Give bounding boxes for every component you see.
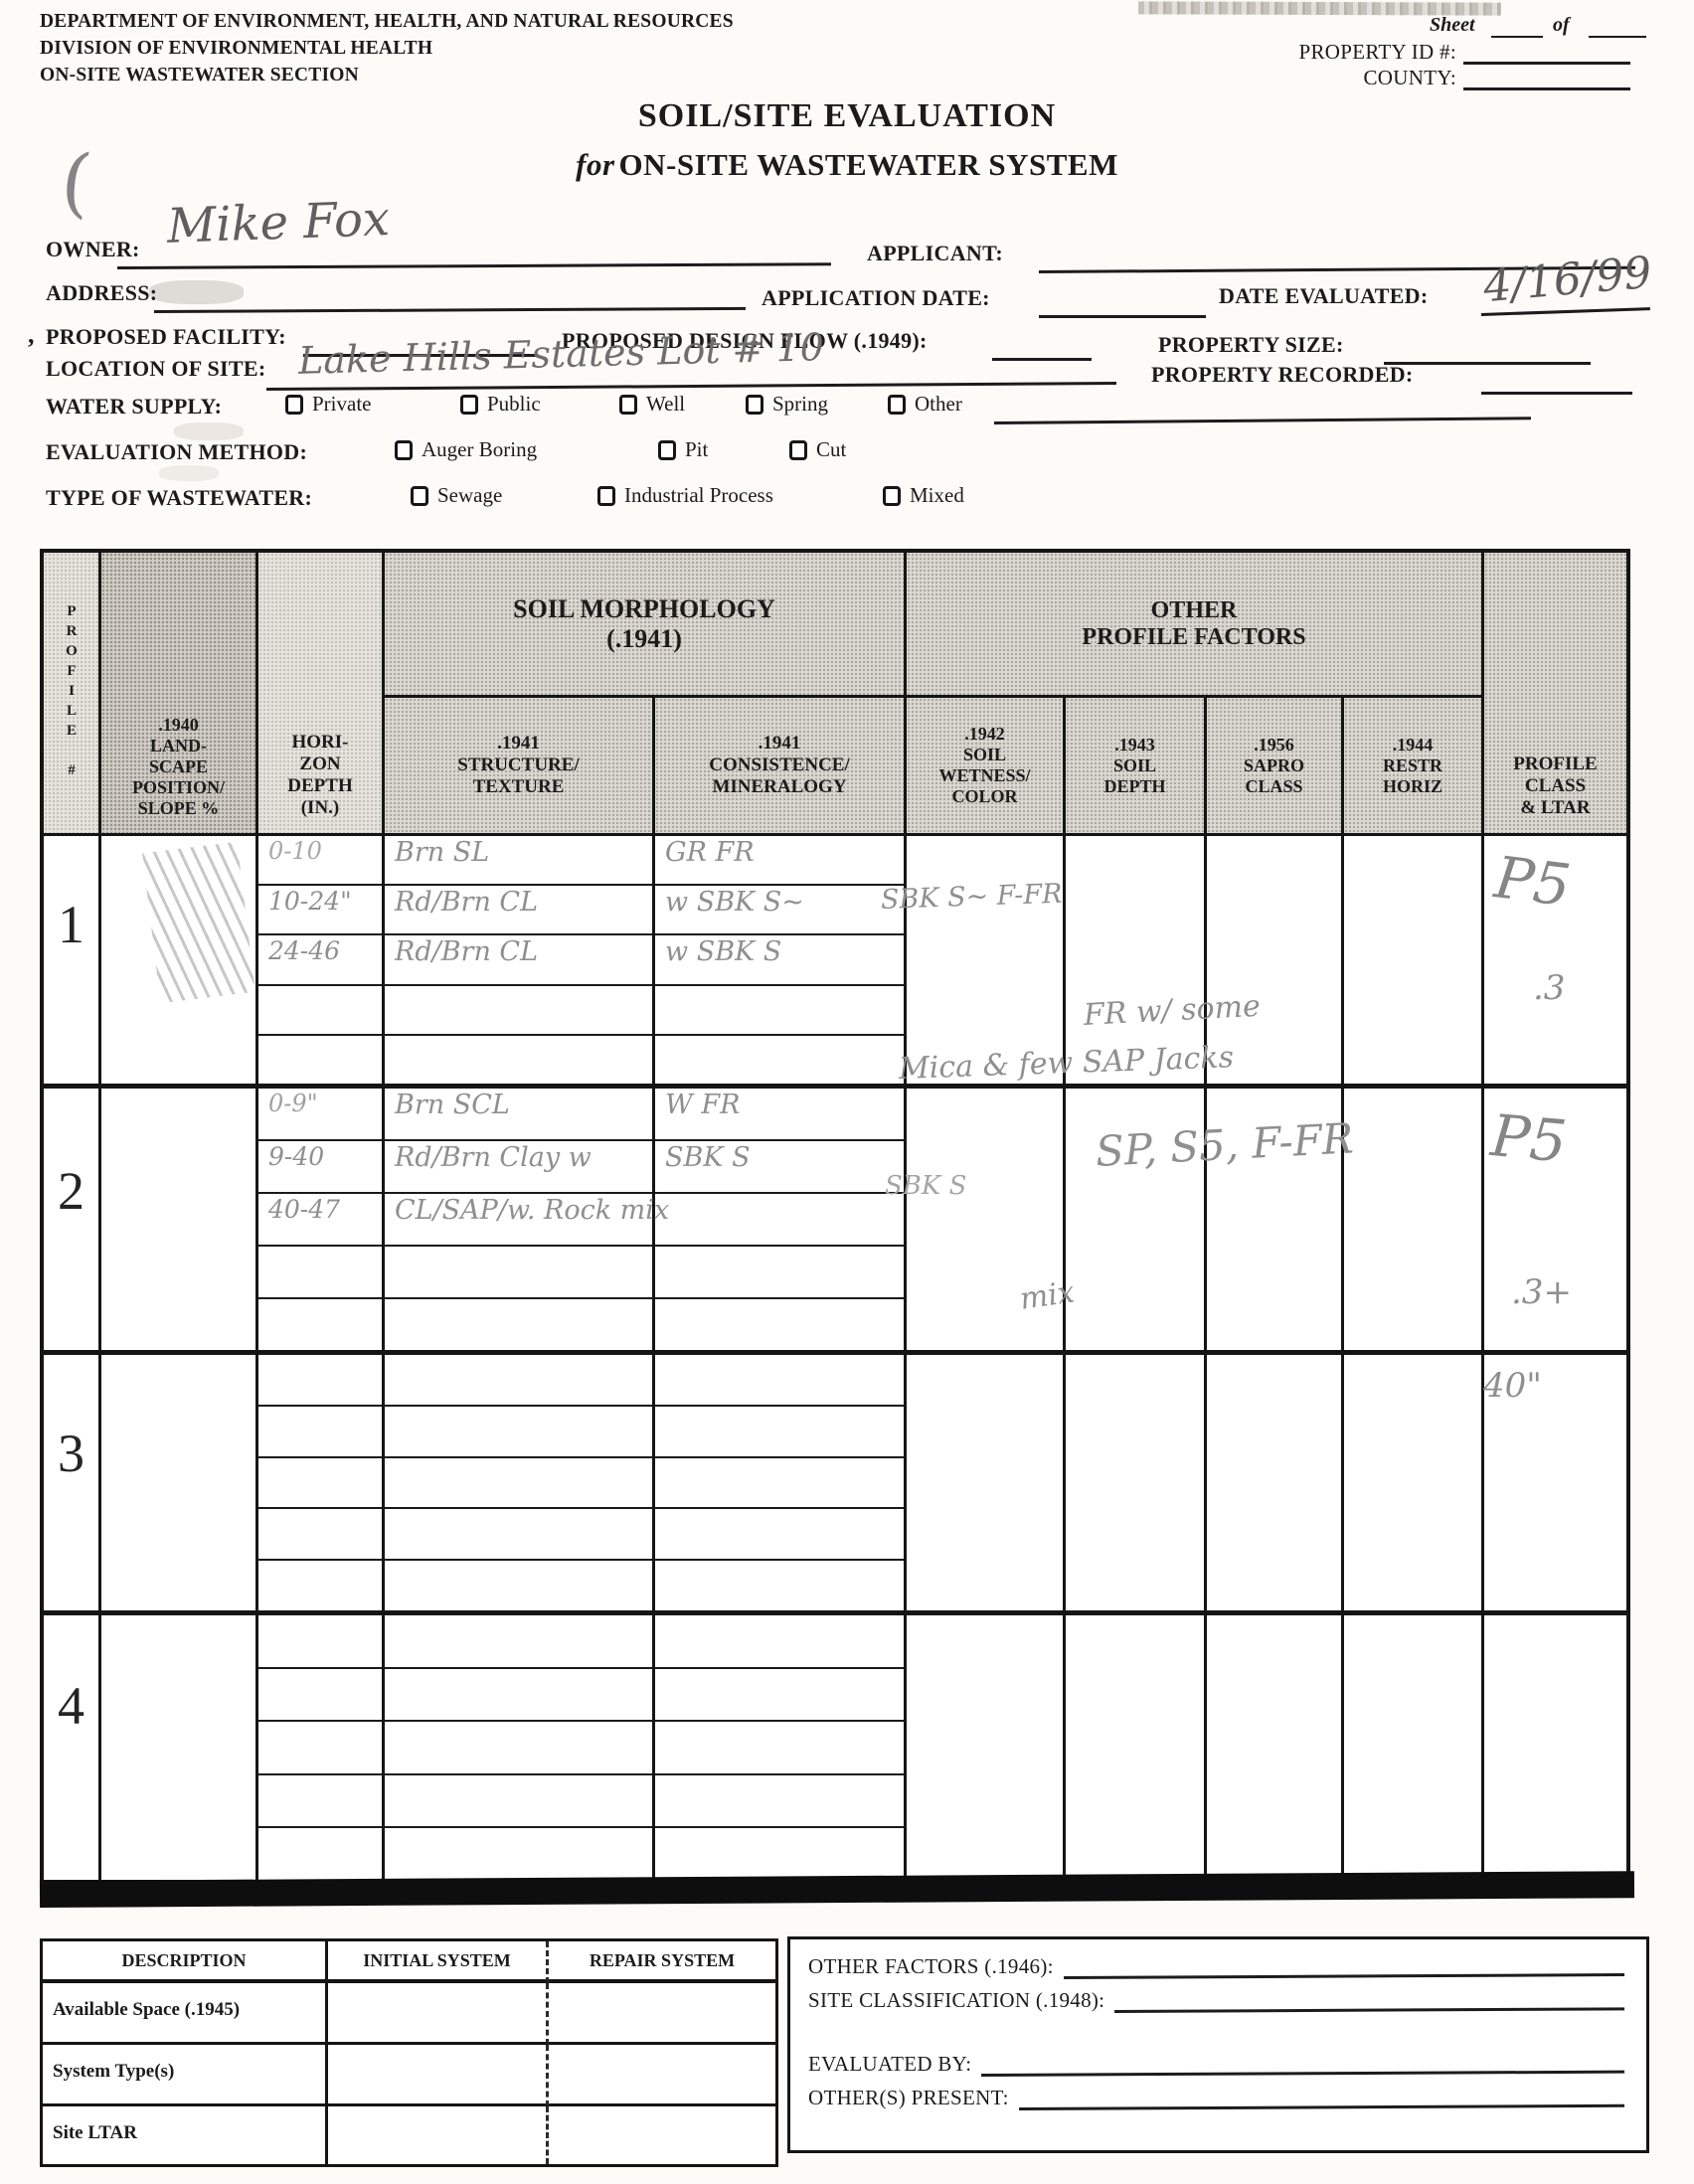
profile-2-texture-cell: Brn SCL Rd/Brn Clay w CL/SAP/w. Rock mix xyxy=(385,1089,655,1355)
system-types-repair-cell xyxy=(549,2045,775,2106)
profile-4-class-cell xyxy=(1484,1615,1626,1880)
profile-number: 2 xyxy=(58,1160,85,1350)
profile-4-sapro-cell xyxy=(1207,1615,1344,1880)
consistence-entry xyxy=(655,986,904,1036)
horizon-depth-entry: 10-24" xyxy=(258,886,382,935)
owner-handwriting: Mike Fox xyxy=(166,191,391,254)
location-label: LOCATION OF SITE: xyxy=(46,356,265,382)
other-factors-line: OTHER FACTORS (.1946): xyxy=(808,1953,1624,1979)
checkbox-icon xyxy=(746,395,763,415)
consistence-entry xyxy=(655,1299,904,1350)
checkbox-icon xyxy=(597,486,615,506)
agency-line-2: DIVISION OF ENVIRONMENTAL HEALTH xyxy=(40,35,734,62)
profile-1-horizon-cell: 0-10 10-24" 24-46 xyxy=(258,836,385,1089)
checkbox-icon xyxy=(411,486,428,506)
sheet-of-label: of xyxy=(1553,14,1570,37)
checkbox-icon xyxy=(888,395,906,415)
profile-number: 1 xyxy=(58,894,85,1084)
proposed-facility-label: PROPOSED FACILITY: xyxy=(46,324,286,350)
profile-1-restr-cell xyxy=(1344,836,1484,1089)
site-ltar-row-label: Site LTAR xyxy=(43,2106,328,2164)
checkbox-icon xyxy=(883,486,901,506)
texture-entry: Brn SL xyxy=(385,836,652,886)
consistence-entry: GR FR xyxy=(655,836,904,886)
agency-line-1: DEPARTMENT OF ENVIRONMENT, HEALTH, AND N… xyxy=(40,8,734,35)
landscape-column-header: .1940 LAND- SCAPE POSITION/ SLOPE % xyxy=(101,553,258,836)
profile-2-class-note: 40" xyxy=(1483,1366,1542,1406)
profile-2-landscape-cell xyxy=(101,1089,258,1355)
address-blank xyxy=(154,307,746,313)
water-supply-option-spring: Spring xyxy=(746,392,828,417)
horizon-depth-column-header: HORI- ZON DEPTH (IN.) xyxy=(258,553,385,836)
profile-2-horizon-cell: 0-9" 9-40 40-47 xyxy=(258,1089,385,1355)
property-id-label: PROPERTY ID #: xyxy=(1263,40,1456,65)
option-label: Private xyxy=(312,392,371,417)
others-present-line: OTHER(S) PRESENT: xyxy=(808,2085,1624,2110)
profile-2-class-note: P5 xyxy=(1488,1101,1570,1175)
profile-4-soil-depth-cell xyxy=(1066,1615,1207,1880)
water-supply-option-public: Public xyxy=(460,392,541,417)
site-classification-line: SITE CLASSIFICATION (.1948): xyxy=(808,1987,1624,2013)
profile-2-class-note: .3+ xyxy=(1511,1272,1572,1312)
water-supply-option-private: Private xyxy=(285,392,371,417)
horizon-depth-entry xyxy=(258,1036,382,1084)
checkbox-icon xyxy=(395,440,413,460)
horizon-depth-entry xyxy=(258,1247,382,1299)
profile-1-consistence-cell: GR FR w SBK S~ w SBK S xyxy=(655,836,907,1089)
soil-profile-table: PROFILE # .1940 LAND- SCAPE POSITION/ SL… xyxy=(40,549,1630,1884)
others-present-label: OTHER(S) PRESENT: xyxy=(808,2086,1009,2110)
agency-line-3: ON-SITE WASTEWATER SECTION xyxy=(40,62,734,88)
soil-wetness-header: .1942 SOIL WETNESS/ COLOR xyxy=(907,698,1066,836)
option-label: Other xyxy=(915,392,962,417)
repair-system-column-header: REPAIR SYSTEM xyxy=(549,1941,775,1983)
scanned-soil-evaluation-form: ( ( , DEPARTMENT OF ENVIRONMENT, HEALTH,… xyxy=(0,0,1694,2184)
option-label: Mixed xyxy=(910,483,964,508)
profile-1-class-note: .3 xyxy=(1533,968,1565,1008)
texture-entry xyxy=(385,1036,652,1084)
profile-header-text: PROFILE # xyxy=(63,603,80,782)
county-label: COUNTY: xyxy=(1263,66,1456,90)
profile-number: 3 xyxy=(58,1423,85,1610)
date-evaluated-handwriting: 4/16/99 xyxy=(1481,248,1653,313)
structure-texture-header: .1941 STRUCTURE/ TEXTURE xyxy=(385,698,655,836)
profile-2-consistence-cell: W FR SBK S xyxy=(655,1089,907,1355)
location-handwriting: Lake Hills Estates Lot # 10 xyxy=(298,325,825,383)
consistence-entry: W FR xyxy=(655,1089,904,1141)
scan-blob xyxy=(159,465,219,481)
horizon-depth-entry: 0-9" xyxy=(258,1089,382,1141)
landscape-hatch-scribble xyxy=(142,842,255,1004)
profile-1-number-cell: 1 xyxy=(44,836,101,1089)
checkbox-icon xyxy=(285,395,303,415)
checkbox-icon xyxy=(619,395,637,415)
restr-horiz-header: .1944 RESTR HORIZ xyxy=(1344,698,1484,836)
profile-4-landscape-cell xyxy=(101,1615,258,1880)
consistence-entry: w SBK S~ xyxy=(655,886,904,935)
profile-3-number-cell: 3 xyxy=(44,1355,101,1615)
owner-blank xyxy=(117,262,831,269)
consistence-entry: SBK S xyxy=(655,1141,904,1194)
texture-entry: Rd/Brn CL xyxy=(385,935,652,985)
profile-3-restr-cell xyxy=(1344,1355,1484,1615)
property-recorded-label: PROPERTY RECORDED: xyxy=(1151,362,1414,388)
form-subtitle-rest: ON-SITE WASTEWATER SYSTEM xyxy=(619,147,1118,182)
profile-number-column-header: PROFILE # xyxy=(44,553,101,836)
profile-3-horizon-cell xyxy=(258,1355,385,1615)
site-classification-box: OTHER FACTORS (.1946): SITE CLASSIFICATI… xyxy=(787,1936,1649,2153)
evaluation-option-cut: Cut xyxy=(789,437,846,462)
site-ltar-repair-cell xyxy=(549,2106,775,2164)
checkbox-icon xyxy=(460,395,478,415)
agency-block: DEPARTMENT OF ENVIRONMENT, HEALTH, AND N… xyxy=(40,8,734,88)
profile-1-factors-note: SBK S~ F-FR xyxy=(880,879,1062,916)
horizon-depth-entry: 9-40 xyxy=(258,1141,382,1194)
profile-4-restr-cell xyxy=(1344,1615,1484,1880)
evaluated-by-blank xyxy=(981,2048,1624,2077)
consistence-mineralogy-header: .1941 CONSISTENCE/ MINERALOGY xyxy=(655,698,907,836)
profile-class-column-header: PROFILE CLASS & LTAR xyxy=(1484,553,1626,836)
wastewater-type-label: TYPE OF WASTEWATER: xyxy=(46,485,312,511)
profile-1-texture-cell: Brn SL Rd/Brn CL Rd/Brn CL xyxy=(385,836,655,1089)
texture-entry: Rd/Brn Clay w xyxy=(385,1141,652,1194)
water-supply-option-other: Other xyxy=(888,392,962,417)
evaluation-method-label: EVALUATION METHOD: xyxy=(46,439,307,465)
profile-2-number-cell: 2 xyxy=(44,1089,101,1355)
consistence-entry xyxy=(655,1194,904,1247)
profile-4-wetness-cell xyxy=(907,1615,1066,1880)
profile-3-sapro-cell xyxy=(1207,1355,1344,1615)
option-label: Public xyxy=(487,392,541,417)
sapro-class-header: .1956 SAPRO CLASS xyxy=(1207,698,1344,836)
other-profile-factors-group-header: OTHER PROFILE FACTORS xyxy=(907,553,1484,698)
horizon-depth-entry: 24-46 xyxy=(258,935,382,985)
texture-entry xyxy=(385,1299,652,1350)
horizon-depth-entry: 0-10 xyxy=(258,836,382,886)
property-size-blank xyxy=(1384,362,1591,365)
evaluation-option-auger-boring: Auger Boring xyxy=(395,437,537,462)
wastewater-option-mixed: Mixed xyxy=(883,483,964,508)
profile-3-wetness-cell xyxy=(907,1355,1066,1615)
profile-1-class-note: P5 xyxy=(1491,843,1575,920)
water-supply-option-well: Well xyxy=(619,392,685,417)
wastewater-option-sewage: Sewage xyxy=(411,483,502,508)
scan-blob xyxy=(149,280,244,304)
horizon-depth-entry xyxy=(258,1299,382,1350)
profile-2-wetness-cell xyxy=(907,1089,1066,1355)
county-blank xyxy=(1463,87,1630,90)
sheet-total-blank xyxy=(1589,36,1646,38)
profile-3-landscape-cell xyxy=(101,1355,258,1615)
scan-blob xyxy=(174,422,244,440)
option-label: Industrial Process xyxy=(624,483,773,508)
site-classification-blank xyxy=(1114,1984,1624,2013)
profile-4-texture-cell xyxy=(385,1615,655,1880)
texture-entry xyxy=(385,1247,652,1299)
applicant-label: APPLICANT: xyxy=(867,241,1003,266)
option-label: Pit xyxy=(685,437,708,462)
horizon-depth-entry: 40-47 xyxy=(258,1194,382,1247)
available-space-initial-cell xyxy=(328,1983,549,2045)
property-id-blank xyxy=(1463,62,1630,65)
application-date-label: APPLICATION DATE: xyxy=(762,285,990,311)
profile-3-soil-depth-cell xyxy=(1066,1355,1207,1615)
profile-4-number-cell: 4 xyxy=(44,1615,101,1880)
profile-number: 4 xyxy=(58,1675,85,1880)
address-label: ADDRESS: xyxy=(46,280,157,306)
profile-2-restr-cell xyxy=(1344,1089,1484,1355)
soil-morphology-group-header: SOIL MORPHOLOGY (.1941) xyxy=(385,553,907,698)
texture-entry: CL/SAP/w. Rock mix xyxy=(385,1194,652,1247)
horizon-depth-entry xyxy=(258,986,382,1036)
sheet-number-blank xyxy=(1491,36,1543,38)
profile-4-horizon-cell xyxy=(258,1615,385,1880)
profile-2-factors-note: SBK S xyxy=(885,1171,966,1201)
property-recorded-blank xyxy=(1481,392,1632,395)
initial-system-column-header: INITIAL SYSTEM xyxy=(328,1941,549,1983)
texture-entry: Brn SCL xyxy=(385,1089,652,1141)
texture-entry: Rd/Brn CL xyxy=(385,886,652,935)
design-flow-blank xyxy=(992,358,1092,361)
option-label: Well xyxy=(646,392,685,417)
available-space-repair-cell xyxy=(549,1983,775,2045)
other-factors-blank xyxy=(1064,1950,1624,1979)
profile-4-consistence-cell xyxy=(655,1615,907,1880)
other-factors-label: OTHER FACTORS (.1946): xyxy=(808,1954,1054,1979)
others-present-blank xyxy=(1019,2082,1624,2110)
owner-label: OWNER: xyxy=(46,237,140,262)
site-classification-label: SITE CLASSIFICATION (.1948): xyxy=(808,1988,1104,2013)
water-supply-label: WATER SUPPLY: xyxy=(46,394,222,420)
profile-3-consistence-cell xyxy=(655,1355,907,1615)
system-types-row-label: System Type(s) xyxy=(43,2045,328,2106)
wastewater-option-industrial: Industrial Process xyxy=(597,483,773,508)
scan-speck: , xyxy=(28,320,35,350)
evaluated-by-label: EVALUATED BY: xyxy=(808,2052,971,2077)
evaluation-option-pit: Pit xyxy=(658,437,708,462)
description-column-header: DESCRIPTION xyxy=(43,1941,328,1983)
location-blank xyxy=(266,382,1116,391)
option-label: Spring xyxy=(772,392,828,417)
system-types-initial-cell xyxy=(328,2045,549,2106)
date-evaluated-label: DATE EVALUATED: xyxy=(1219,283,1428,309)
texture-entry xyxy=(385,986,652,1036)
evaluated-by-line: EVALUATED BY: xyxy=(808,2051,1624,2077)
consistence-entry xyxy=(655,1036,904,1084)
option-label: Cut xyxy=(816,437,846,462)
option-label: Auger Boring xyxy=(422,437,537,462)
system-summary-table: DESCRIPTION INITIAL SYSTEM REPAIR SYSTEM… xyxy=(40,1938,778,2167)
option-label: Sewage xyxy=(437,483,502,508)
form-title: SOIL/SITE EVALUATION xyxy=(0,97,1694,135)
checkbox-icon xyxy=(789,440,807,460)
application-date-blank xyxy=(1039,315,1206,318)
form-subtitle: for ON-SITE WASTEWATER SYSTEM xyxy=(0,147,1694,183)
form-subtitle-for: for xyxy=(576,147,614,182)
soil-depth-header: .1943 SOIL DEPTH xyxy=(1066,698,1207,836)
property-size-label: PROPERTY SIZE: xyxy=(1158,332,1344,358)
consistence-entry: w SBK S xyxy=(655,935,904,985)
checkbox-icon xyxy=(658,440,676,460)
site-ltar-initial-cell xyxy=(328,2106,549,2164)
available-space-row-label: Available Space (.1945) xyxy=(43,1983,328,2045)
profile-3-texture-cell xyxy=(385,1355,655,1615)
water-supply-other-blank xyxy=(994,417,1531,424)
sheet-label: Sheet xyxy=(1430,14,1475,37)
consistence-entry xyxy=(655,1247,904,1299)
